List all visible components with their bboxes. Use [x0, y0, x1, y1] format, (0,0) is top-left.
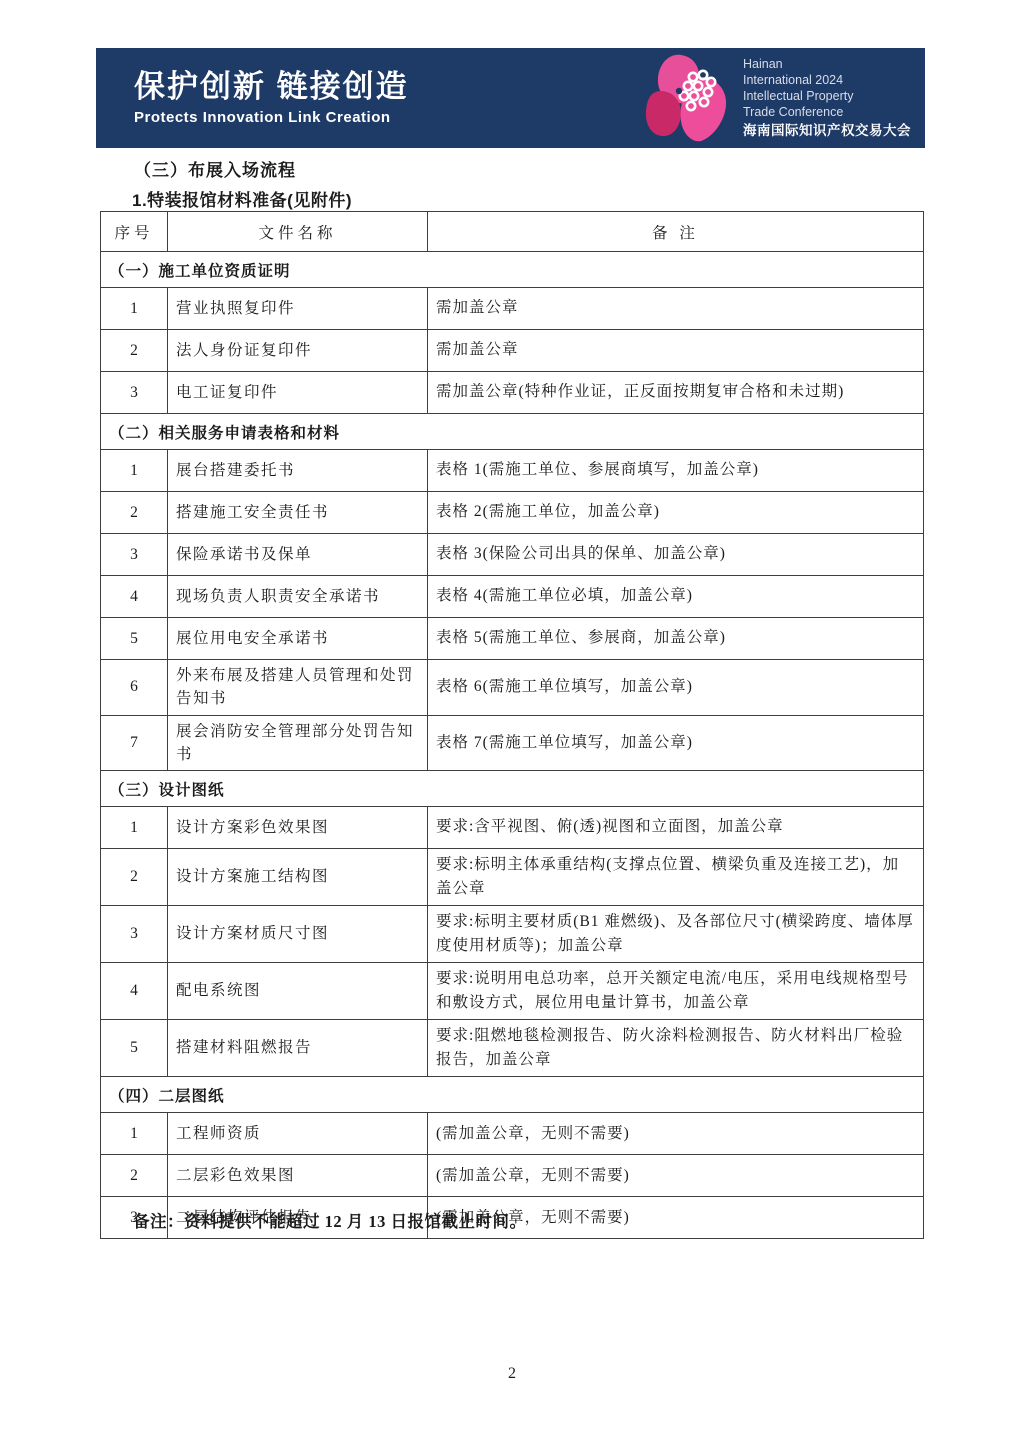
deadline-footnote: 备注：资料提供不能超过 12 月 13 日报馆截止时间。 — [133, 1208, 527, 1232]
group-title-cell: （四）二层图纸 — [101, 1077, 924, 1113]
row-index-cell: 5 — [101, 1020, 168, 1077]
document-name-cell: 设计方案彩色效果图 — [168, 807, 428, 849]
table-header-row: 序号 文件名称 备 注 — [101, 212, 924, 252]
banner-slogan: 保护创新 链接创造 Protects Innovation Link Creat… — [134, 70, 409, 126]
table-row: 3设计方案材质尺寸图要求:标明主要材质(B1 难燃级)、及各部位尺寸(横梁跨度、… — [101, 906, 924, 963]
remark-cell: 表格 5(需施工单位、参展商，加盖公章) — [428, 618, 924, 660]
table-row: 6外来布展及搭建人员管理和处罚告知书表格 6(需施工单位填写，加盖公章) — [101, 660, 924, 716]
row-index-cell: 4 — [101, 576, 168, 618]
row-index-cell: 3 — [101, 534, 168, 576]
document-name-cell: 展会消防安全管理部分处罚告知书 — [168, 715, 428, 771]
row-index-cell: 1 — [101, 1113, 168, 1155]
row-index-cell: 7 — [101, 715, 168, 771]
conference-title-line: International 2024 — [743, 72, 911, 88]
table-group-row: （一）施工单位资质证明 — [101, 252, 924, 288]
remark-cell: 需加盖公章 — [428, 330, 924, 372]
document-name-cell: 电工证复印件 — [168, 372, 428, 414]
conference-title-line: Trade Conference — [743, 104, 911, 120]
slogan-chinese: 保护创新 链接创造 — [134, 70, 409, 104]
page-number: 2 — [0, 1365, 1024, 1383]
group-title-cell: （三）设计图纸 — [101, 771, 924, 807]
header-seq-no: 序号 — [101, 212, 168, 252]
table-group-row: （二）相关服务申请表格和材料 — [101, 414, 924, 450]
row-index-cell: 2 — [101, 1155, 168, 1197]
remark-cell: 要求:标明主要材质(B1 难燃级)、及各部位尺寸(横梁跨度、墙体厚度使用材质等)… — [428, 906, 924, 963]
conference-title-line: Hainan — [743, 56, 911, 72]
table-row: 2设计方案施工结构图要求:标明主体承重结构(支撑点位置、横梁负重及连接工艺)，加… — [101, 849, 924, 906]
document-page: 保护创新 链接创造 Protects Innovation Link Creat… — [0, 0, 1024, 1448]
section-heading: （三）布展入场流程 — [134, 156, 296, 181]
conference-banner: 保护创新 链接创造 Protects Innovation Link Creat… — [96, 48, 925, 148]
subsection-heading: 1.特装报馆材料准备(见附件) — [132, 186, 352, 211]
remark-cell: 要求:阻燃地毯检测报告、防火涂料检测报告、防火材料出厂检验报告，加盖公章 — [428, 1020, 924, 1077]
table-row: 1工程师资质(需加盖公章，无则不需要) — [101, 1113, 924, 1155]
document-name-cell: 营业执照复印件 — [168, 288, 428, 330]
header-document-name: 文件名称 — [168, 212, 428, 252]
table-group-row: （四）二层图纸 — [101, 1077, 924, 1113]
remark-cell: 表格 4(需施工单位必填，加盖公章) — [428, 576, 924, 618]
table-row: 1展台搭建委托书表格 1(需施工单位、参展商填写，加盖公章) — [101, 450, 924, 492]
banner-logo-block: HainanInternational 2024Intellectual Pro… — [643, 51, 911, 145]
document-name-cell: 外来布展及搭建人员管理和处罚告知书 — [168, 660, 428, 716]
document-name-cell: 现场负责人职责安全承诺书 — [168, 576, 428, 618]
remark-cell: 表格 2(需施工单位，加盖公章) — [428, 492, 924, 534]
materials-table: 序号 文件名称 备 注 （一）施工单位资质证明1营业执照复印件需加盖公章2法人身… — [100, 211, 924, 1239]
remark-cell: 表格 6(需施工单位填写，加盖公章) — [428, 660, 924, 716]
conference-title-lines: HainanInternational 2024Intellectual Pro… — [743, 56, 911, 139]
row-index-cell: 4 — [101, 963, 168, 1020]
row-index-cell: 1 — [101, 288, 168, 330]
conference-title-chinese: 海南国际知识产权交易大会 — [743, 122, 911, 139]
remark-cell: 需加盖公章(特种作业证，正反面按期复审合格和未过期) — [428, 372, 924, 414]
document-name-cell: 搭建材料阻燃报告 — [168, 1020, 428, 1077]
document-name-cell: 搭建施工安全责任书 — [168, 492, 428, 534]
table-row: 1设计方案彩色效果图要求:含平视图、俯(透)视图和立面图，加盖公章 — [101, 807, 924, 849]
slogan-english: Protects Innovation Link Creation — [134, 109, 409, 126]
remark-cell: 表格 7(需施工单位填写，加盖公章) — [428, 715, 924, 771]
row-index-cell: 1 — [101, 807, 168, 849]
table-row: 2法人身份证复印件需加盖公章 — [101, 330, 924, 372]
table-row: 5搭建材料阻燃报告要求:阻燃地毯检测报告、防火涂料检测报告、防火材料出厂检验报告… — [101, 1020, 924, 1077]
row-index-cell: 5 — [101, 618, 168, 660]
document-name-cell: 展台搭建委托书 — [168, 450, 428, 492]
row-index-cell: 2 — [101, 492, 168, 534]
remark-cell: 表格 3(保险公司出具的保单、加盖公章) — [428, 534, 924, 576]
group-title-cell: （二）相关服务申请表格和材料 — [101, 414, 924, 450]
document-name-cell: 法人身份证复印件 — [168, 330, 428, 372]
table-row: 5展位用电安全承诺书表格 5(需施工单位、参展商，加盖公章) — [101, 618, 924, 660]
conference-title-line: Intellectual Property — [743, 88, 911, 104]
table-row: 2搭建施工安全责任书表格 2(需施工单位，加盖公章) — [101, 492, 924, 534]
document-name-cell: 设计方案施工结构图 — [168, 849, 428, 906]
bougainvillea-flower-icon — [643, 51, 735, 145]
materials-table-body: （一）施工单位资质证明1营业执照复印件需加盖公章2法人身份证复印件需加盖公章3电… — [101, 252, 924, 1239]
row-index-cell: 1 — [101, 450, 168, 492]
table-row: 2二层彩色效果图(需加盖公章，无则不需要) — [101, 1155, 924, 1197]
table-group-row: （三）设计图纸 — [101, 771, 924, 807]
document-name-cell: 工程师资质 — [168, 1113, 428, 1155]
remark-cell: (需加盖公章，无则不需要) — [428, 1113, 924, 1155]
header-remarks: 备 注 — [428, 212, 924, 252]
table-row: 3电工证复印件需加盖公章(特种作业证，正反面按期复审合格和未过期) — [101, 372, 924, 414]
document-name-cell: 保险承诺书及保单 — [168, 534, 428, 576]
document-name-cell: 配电系统图 — [168, 963, 428, 1020]
row-index-cell: 2 — [101, 849, 168, 906]
row-index-cell: 6 — [101, 660, 168, 716]
document-name-cell: 设计方案材质尺寸图 — [168, 906, 428, 963]
remark-cell: 表格 1(需施工单位、参展商填写，加盖公章) — [428, 450, 924, 492]
table-row: 4现场负责人职责安全承诺书表格 4(需施工单位必填，加盖公章) — [101, 576, 924, 618]
table-row: 3保险承诺书及保单表格 3(保险公司出具的保单、加盖公章) — [101, 534, 924, 576]
group-title-cell: （一）施工单位资质证明 — [101, 252, 924, 288]
remark-cell: 要求:含平视图、俯(透)视图和立面图，加盖公章 — [428, 807, 924, 849]
table-row: 7展会消防安全管理部分处罚告知书表格 7(需施工单位填写，加盖公章) — [101, 715, 924, 771]
row-index-cell: 3 — [101, 906, 168, 963]
table-row: 1营业执照复印件需加盖公章 — [101, 288, 924, 330]
remark-cell: 需加盖公章 — [428, 288, 924, 330]
row-index-cell: 3 — [101, 372, 168, 414]
table-row: 4配电系统图要求:说明用电总功率，总开关额定电流/电压，采用电线规格型号和敷设方… — [101, 963, 924, 1020]
document-name-cell: 二层彩色效果图 — [168, 1155, 428, 1197]
remark-cell: 要求:标明主体承重结构(支撑点位置、横梁负重及连接工艺)，加盖公章 — [428, 849, 924, 906]
remark-cell: 要求:说明用电总功率，总开关额定电流/电压，采用电线规格型号和敷设方式，展位用电… — [428, 963, 924, 1020]
document-name-cell: 展位用电安全承诺书 — [168, 618, 428, 660]
remark-cell: (需加盖公章，无则不需要) — [428, 1155, 924, 1197]
row-index-cell: 2 — [101, 330, 168, 372]
